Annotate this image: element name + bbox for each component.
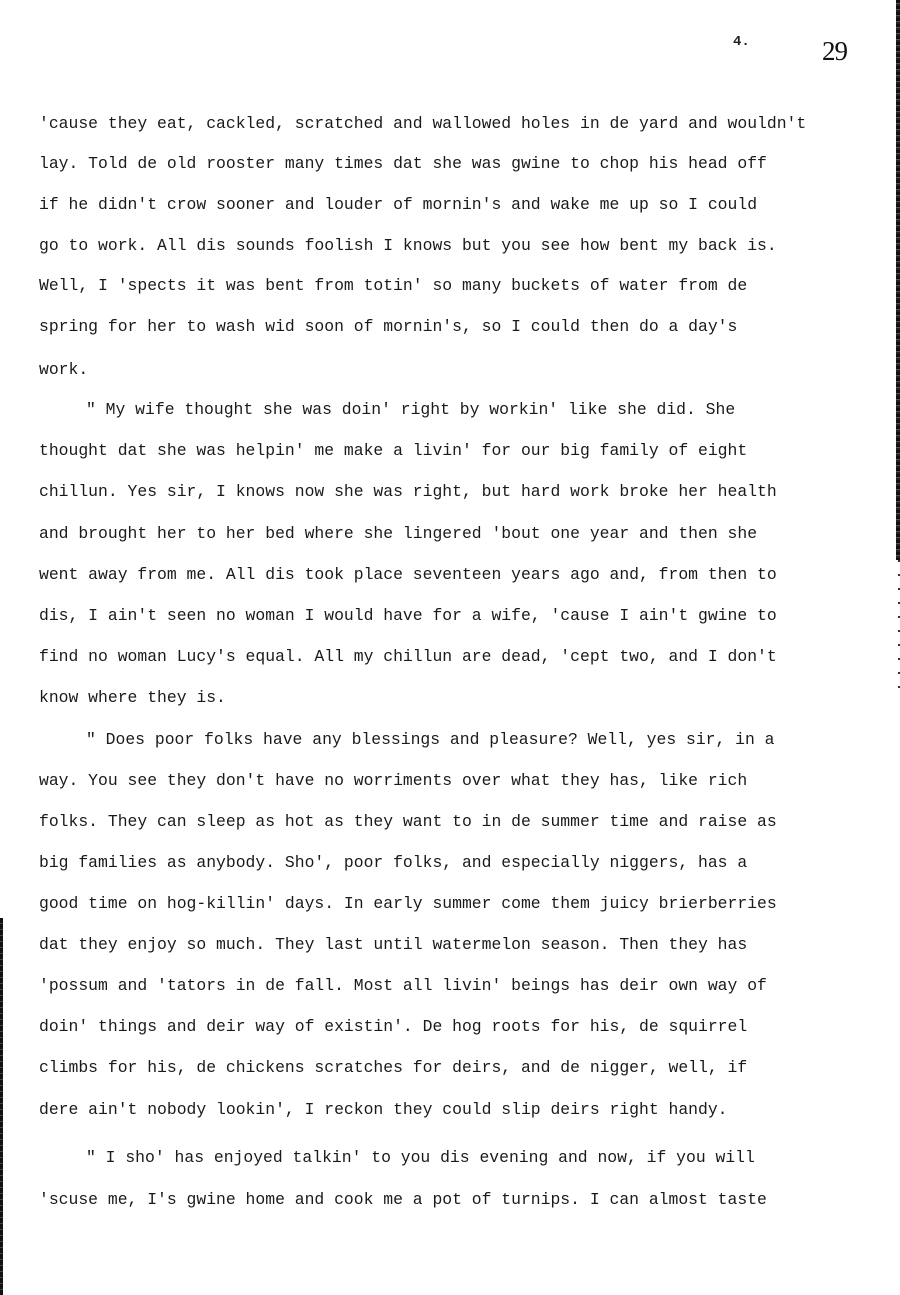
- text-line: dat they enjoy so much. They last until …: [39, 935, 747, 955]
- text-line: climbs for his, de chickens scratches fo…: [39, 1058, 747, 1078]
- text-line: dere ain't nobody lookin', I reckon they…: [39, 1100, 728, 1120]
- text-line: find no woman Lucy's equal. All my chill…: [39, 647, 777, 667]
- scan-edge-right: [896, 0, 900, 560]
- text-line: folks. They can sleep as hot as they wan…: [39, 812, 777, 832]
- text-line: chillun. Yes sir, I knows now she was ri…: [39, 482, 777, 502]
- paragraph-first-line: " My wife thought she was doin' right by…: [86, 400, 735, 420]
- text-line: went away from me. All dis took place se…: [39, 565, 777, 585]
- scan-edge-left: [0, 918, 3, 1295]
- paragraph-first-line: " Does poor folks have any blessings and…: [86, 730, 775, 750]
- text-line: good time on hog-killin' days. In early …: [39, 894, 777, 914]
- text-line: go to work. All dis sounds foolish I kno…: [39, 236, 777, 256]
- text-line: know where they is.: [39, 688, 226, 708]
- typewritten-page: 4. 29 'cause they eat, cackled, scratche…: [0, 0, 900, 1295]
- text-line: big families as anybody. Sho', poor folk…: [39, 853, 747, 873]
- text-line: and brought her to her bed where she lin…: [39, 524, 757, 544]
- text-line: dis, I ain't seen no woman I would have …: [39, 606, 777, 626]
- text-line: way. You see they don't have no worrimen…: [39, 771, 747, 791]
- text-line: Well, I 'spects it was bent from totin' …: [39, 276, 747, 296]
- text-line: lay. Told de old rooster many times dat …: [39, 154, 767, 174]
- paragraph-first-line: " I sho' has enjoyed talkin' to you dis …: [86, 1148, 755, 1168]
- text-line: work.: [39, 360, 88, 380]
- text-line: 'cause they eat, cackled, scratched and …: [39, 114, 806, 134]
- text-line: doin' things and deir way of existin'. D…: [39, 1017, 747, 1037]
- text-line: if he didn't crow sooner and louder of m…: [39, 195, 757, 215]
- text-line: spring for her to wash wid soon of morni…: [39, 317, 737, 337]
- text-line: 'scuse me, I's gwine home and cook me a …: [39, 1190, 767, 1210]
- text-line: thought dat she was helpin' me make a li…: [39, 441, 747, 461]
- text-line: 'possum and 'tators in de fall. Most all…: [39, 976, 767, 996]
- page-number: 29: [822, 36, 847, 67]
- page-section-marker: 4.: [733, 34, 750, 50]
